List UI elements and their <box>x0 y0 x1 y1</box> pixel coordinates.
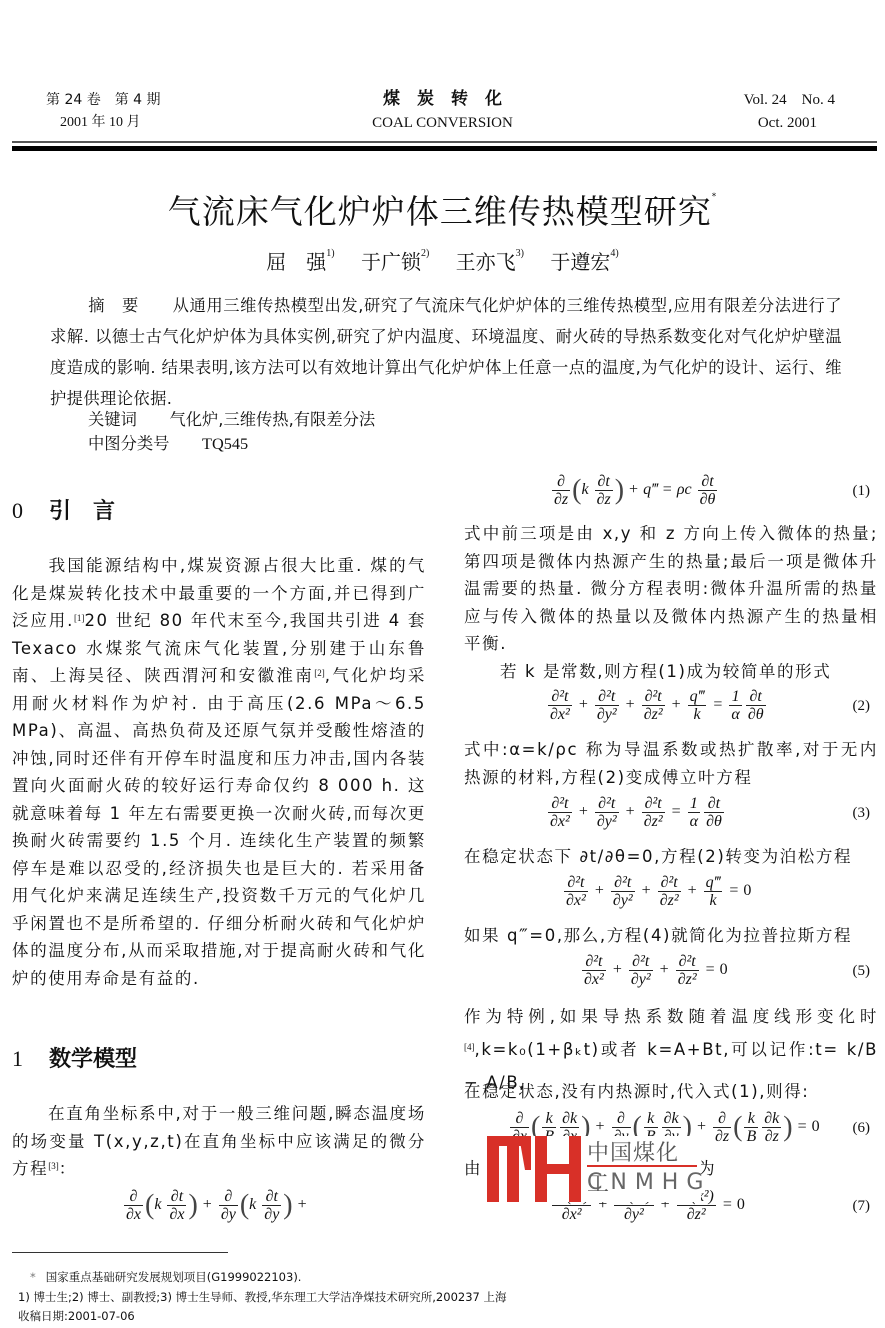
keywords-label: 关键词 <box>88 410 137 429</box>
equation-number: (1) <box>853 483 871 500</box>
citation-ref: [3] <box>48 1161 59 1171</box>
paragraph-substitute: 在稳定状态,没有内热源时,代入式(1),则得: <box>464 1078 878 1106</box>
title-footnote-mark: * <box>712 192 718 202</box>
header-rule-thin <box>12 141 877 143</box>
journal-date-en: Oct. 2001 <box>758 111 817 135</box>
classification-label: 中图分类号 <box>88 434 169 453</box>
watermark-divider <box>587 1165 697 1167</box>
author: 屈 强1) <box>266 250 334 274</box>
classification: 中图分类号 TQ545 <box>88 428 248 459</box>
paragraph-heat-terms: 式中前三项是由 x,y 和 z 方向上传入微体的热量;第四项是微体内热源产生的热… <box>464 520 878 658</box>
equation-1-part1: ∂∂x(k ∂t∂x)+∂∂y(k ∂t∂y)+ <box>122 1188 312 1223</box>
paragraph-text: ： <box>59 1159 77 1178</box>
section-title: 数学模型 <box>49 1047 137 1072</box>
paragraph-k-constant: 若 k 是常数,则方程(1)成为较简单的形式 <box>464 658 878 686</box>
journal-volume-en: Vol. 24 No. 4 <box>744 88 835 112</box>
section-number: 1 <box>12 1046 49 1072</box>
citation-ref: [4] <box>464 1042 475 1052</box>
journal-name-en: COAL CONVERSION <box>0 111 885 135</box>
equation-number: (7) <box>853 1198 871 1215</box>
author-name: 于广锁 <box>361 250 421 274</box>
footnote-funding: *国家重点基础研究发展规划项目(G1999022103). <box>18 1268 301 1287</box>
section-heading-intro: 0引 言 <box>12 494 115 525</box>
author-name: 王亦飞 <box>456 250 516 274</box>
equation-1: ∂∂z(k ∂t∂z)+q‴=ρc ∂t∂θ (1) <box>550 473 878 508</box>
author-affil: 4) <box>610 248 618 259</box>
equation-3: ∂²t∂x²+∂²t∂y²+∂²t∂z²=1α∂t∂θ (3) <box>546 795 878 830</box>
footnote-rule <box>12 1252 228 1253</box>
classification-code: TQ545 <box>202 434 248 453</box>
intro-paragraph: 我国能源结构中,煤炭资源占很大比重. 煤的气化是煤炭转化技术中最重要的一个方面,… <box>12 552 426 992</box>
equation-5: ∂²t∂x²+∂²t∂y²+∂²t∂z²=0 (5) <box>580 953 878 988</box>
paragraph-laplace: 如果 q‴=0,那么,方程(4)就简化为拉普拉斯方程 <box>464 922 878 950</box>
section-title: 引 言 <box>49 499 115 524</box>
footnote-received-date: 收稿日期:2001-07-06 <box>18 1307 135 1326</box>
paragraph-text: ,气化炉均采用耐火材料作为炉衬. 由于高压(2.6 MPa～6.5 MPa)、高… <box>12 666 426 988</box>
abstract: 摘 要 从通用三维传热模型出发,研究了气流床气化炉炉体的三维传热模型,应用有限差… <box>50 290 842 414</box>
section-number: 0 <box>12 498 49 524</box>
author-list: 屈 强1) 于广锁2) 王亦飞3) 于遵宏4) <box>0 246 885 275</box>
equation-number: (5) <box>853 963 871 980</box>
author-affil: 1) <box>326 248 334 259</box>
paragraph-steady-state: 在稳定状态下 ∂t/∂θ=0,方程(2)转变为泊松方程 <box>464 843 878 871</box>
footnote-text: 国家重点基础研究发展规划项目(G1999022103). <box>46 1270 302 1284</box>
model-paragraph: 在直角坐标系中,对于一般三维问题,瞬态温度场的场变量 T(x,y,z,t)在直角… <box>12 1100 426 1183</box>
equation-number: (3) <box>853 805 871 822</box>
footnote-mark: * <box>30 1270 36 1284</box>
paragraph-alpha: 式中:α=k/ρc 称为导温系数或热扩散率,对于无内热源的材料,方程(2)变成傅… <box>464 736 878 791</box>
paragraph-text: 作为特例,如果导热系数随着温度线形变化时 <box>464 1007 878 1026</box>
author: 于广锁2) <box>361 250 429 274</box>
author-name: 屈 强 <box>266 250 326 274</box>
watermark-en-text: CNMHG <box>587 1170 711 1195</box>
cnmhg-logo-icon <box>487 1136 583 1202</box>
paragraph-simplify-start: 由 <box>464 1155 482 1183</box>
author: 于遵宏4) <box>550 250 618 274</box>
equation-4: ∂²t∂x²+∂²t∂y²+∂²t∂z²+q‴k=0 <box>562 874 751 909</box>
equation-number: (6) <box>853 1120 871 1137</box>
header-rule-thick <box>12 146 877 151</box>
citation-ref: [2] <box>314 668 325 678</box>
author: 王亦飞3) <box>456 250 524 274</box>
abstract-text: 从通用三维传热模型出发,研究了气流床气化炉炉体的三维传热模型,应用有限差分法进行… <box>50 296 842 408</box>
author-affil: 3) <box>516 248 524 259</box>
author-name: 于遵宏 <box>550 250 610 274</box>
equation-number: (2) <box>853 698 871 715</box>
watermark-logo: 中国煤化工 CNMHG <box>487 1136 701 1202</box>
paper-title: 气流床气化炉炉体三维传热模型研究* <box>0 186 885 233</box>
citation-ref: [1] <box>74 613 85 623</box>
section-heading-model: 1数学模型 <box>12 1042 137 1073</box>
footnote-affiliations: 1) 博士生;2) 博士、副教授;3) 博士生导师、教授,华东理工大学洁净煤技术… <box>18 1288 507 1307</box>
equation-2: ∂²t∂x²+∂²t∂y²+∂²t∂z²+q‴k=1α∂t∂θ (2) <box>546 688 878 723</box>
keywords-text: 气化炉,三维传热,有限差分法 <box>169 410 375 429</box>
author-affil: 2) <box>421 248 429 259</box>
title-text: 气流床气化炉炉体三维传热模型研究 <box>168 192 712 231</box>
abstract-label: 摘 要 <box>88 296 139 315</box>
